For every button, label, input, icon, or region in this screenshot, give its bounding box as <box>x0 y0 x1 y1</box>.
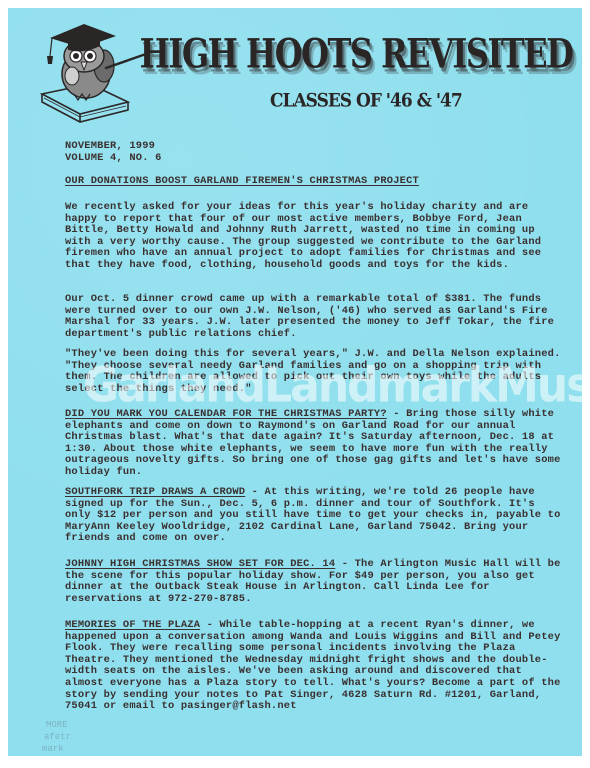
article-southfork: SOUTHFORK TRIP DRAWS A CROWD - At this w… <box>65 487 565 545</box>
article-heading-text: JOHNNY HIGH CHRISTMAS SHOW SET FOR DEC. … <box>65 558 335 570</box>
issue-volume: VOLUME 4, NO. 6 <box>65 152 162 164</box>
article-johnny-high: JOHNNY HIGH CHRISTMAS SHOW SET FOR DEC. … <box>65 559 565 605</box>
article-paragraph: Our Oct. 5 dinner crowd came up with a r… <box>65 294 565 340</box>
newsletter-subtitle: CLASSES OF '46 & '47 <box>270 90 520 112</box>
newsletter-title: HIGH HOOTS REVISITED <box>136 30 576 78</box>
article-heading-text: MEMORIES OF THE PLAZA <box>65 619 200 631</box>
article-heading-text: SOUTHFORK TRIP DRAWS A CROWD <box>65 486 245 498</box>
margin-ghost-mark: mark <box>42 744 64 754</box>
margin-ghost-mark: afetr <box>44 732 71 742</box>
masthead: HIGH HOOTS REVISITED CLASSES OF '46 & '4… <box>8 8 582 130</box>
issue-date: NOVEMBER, 1999 <box>65 140 155 152</box>
owl-graduate-with-book-icon <box>30 16 146 128</box>
article-christmas-party: DID YOU MARK YOU CALENDAR FOR THE CHRIST… <box>65 409 565 479</box>
issue-info: NOVEMBER, 1999 VOLUME 4, NO. 6 <box>65 141 565 164</box>
article-paragraph: "They've been doing this for several yea… <box>65 349 565 395</box>
article-heading: OUR DONATIONS BOOST GARLAND FIREMEN'S CH… <box>65 176 565 188</box>
article-body: - While table-hopping at a recent Ryan's… <box>65 619 567 712</box>
newsletter-page: HIGH HOOTS REVISITED CLASSES OF '46 & '4… <box>8 8 582 756</box>
article-heading-text: OUR DONATIONS BOOST GARLAND FIREMEN'S CH… <box>65 175 419 187</box>
article-heading-text: DID YOU MARK YOU CALENDAR FOR THE CHRIST… <box>65 408 387 420</box>
margin-ghost-mark: MORE <box>46 720 68 730</box>
article-plaza-memories: MEMORIES OF THE PLAZA - While table-hopp… <box>65 620 565 713</box>
article-paragraph: We recently asked for your ideas for thi… <box>65 202 565 272</box>
